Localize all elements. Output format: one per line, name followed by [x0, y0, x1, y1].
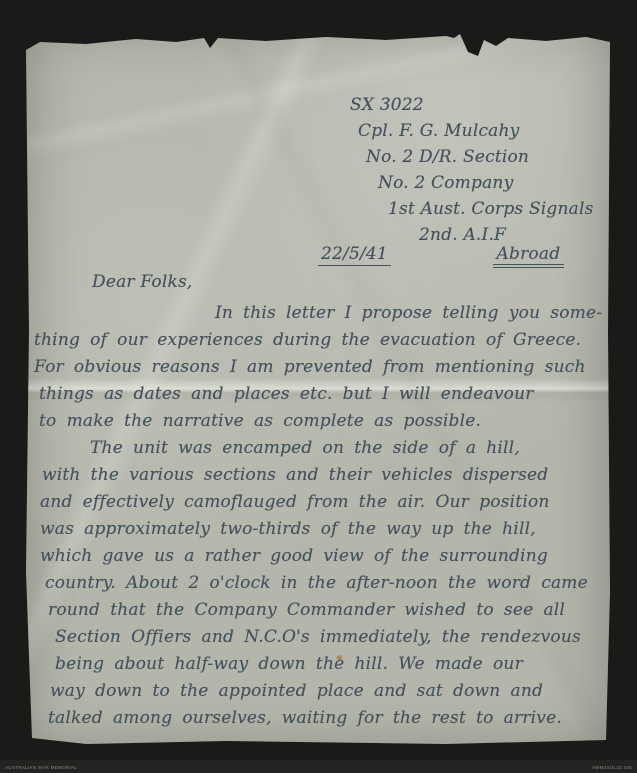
- scan-background: SX 3022 Cpl. F. G. Mulcahy No. 2 D/R. Se…: [0, 0, 637, 773]
- body-line: and effectively camoflauged from the air…: [40, 489, 604, 516]
- body-line: round that the Company Commander wished …: [48, 597, 604, 624]
- body-line: to make the narrative as complete as pos…: [39, 408, 604, 435]
- body-line: which gave us a rather good view of the …: [40, 543, 604, 570]
- body-line: was approximately two-thirds of the way …: [40, 516, 604, 543]
- body-line: country. About 2 o'clock in the after-no…: [45, 570, 604, 597]
- awm-reference-number: AWM2016.22.105: [592, 765, 632, 770]
- sender-unit-line: No. 2 D/R. Section: [366, 144, 594, 170]
- body-line: with the various sections and their vehi…: [42, 462, 604, 489]
- footer-strip: [0, 760, 637, 773]
- awm-credit-label: AUSTRALIAN WAR MEMORIAL: [5, 765, 77, 770]
- letter-location: Abroad: [493, 244, 565, 268]
- body-line: Section Offiers and N.C.O's immediately,…: [55, 624, 604, 651]
- letter-date: 22/5/41: [318, 244, 391, 266]
- body-line: The unit was encamped on the side of a h…: [90, 435, 604, 462]
- body-line: talked among ourselves, waiting for the …: [48, 705, 604, 732]
- body-line: being about half-way down the hill. We m…: [55, 651, 604, 678]
- salutation: Dear Folks,: [92, 272, 193, 292]
- body-line: thing of our experiences during the evac…: [34, 327, 604, 354]
- body-line: For obvious reasons I am prevented from …: [34, 354, 604, 381]
- sender-address-block: SX 3022 Cpl. F. G. Mulcahy No. 2 D/R. Se…: [348, 92, 594, 248]
- letter-paper: SX 3022 Cpl. F. G. Mulcahy No. 2 D/R. Se…: [26, 32, 610, 744]
- body-line: things as dates and places etc. but I wi…: [39, 381, 604, 408]
- letter-body: In this letter I propose telling you som…: [34, 300, 604, 732]
- sender-name: Cpl. F. G. Mulcahy: [358, 118, 594, 144]
- date-location-row: 22/5/41 Abroad: [26, 244, 610, 268]
- body-line: way down to the appointed place and sat …: [50, 678, 604, 705]
- service-number: SX 3022: [350, 92, 594, 118]
- sender-unit-line: 1st Aust. Corps Signals: [388, 196, 594, 222]
- sender-unit-line: No. 2 Company: [378, 170, 594, 196]
- paper-stain: [336, 655, 343, 661]
- body-line: In this letter I propose telling you som…: [215, 300, 604, 327]
